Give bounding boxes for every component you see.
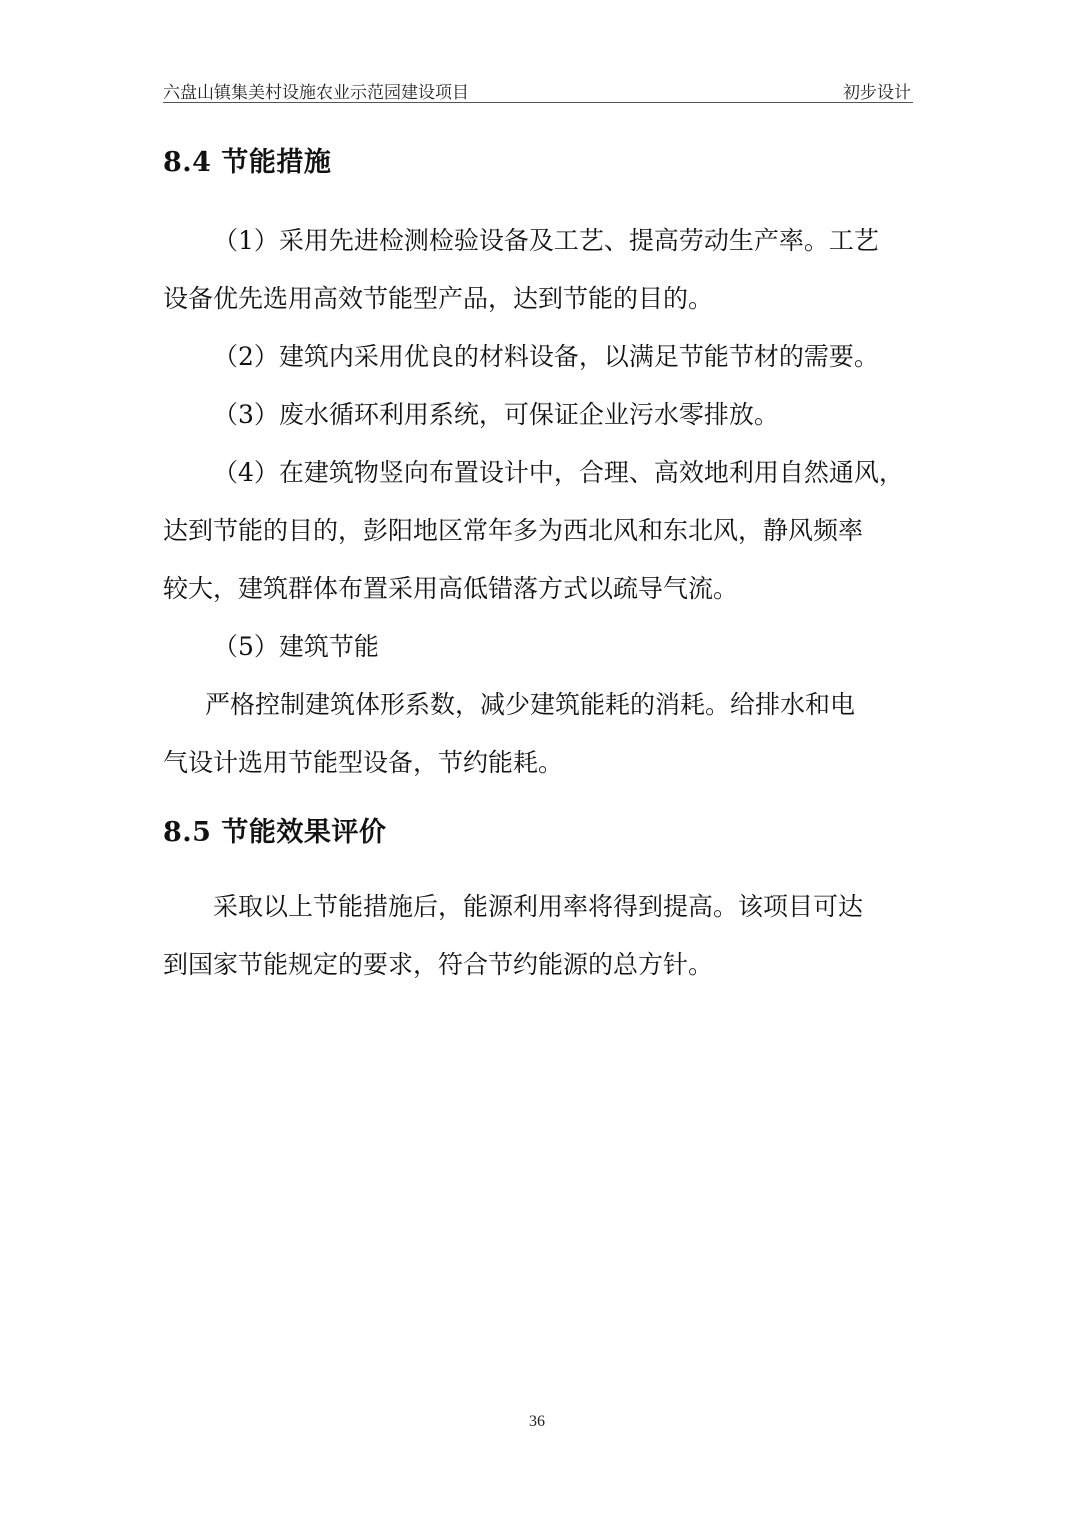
paragraph-line: 到国家节能规定的要求，符合节约能源的总方针。 xyxy=(163,936,913,994)
paragraph-line: （2）建筑内采用优良的材料设备，以满足节能节材的需要。 xyxy=(163,328,913,386)
paragraph-line: （1）采用先进检测检验设备及工艺、提高劳动生产率。工艺 xyxy=(163,212,913,270)
paragraph-line: 较大，建筑群体布置采用高低错落方式以疏导气流。 xyxy=(163,560,913,618)
paragraph-line: 达到节能的目的，彭阳地区常年多为西北风和东北风，静风频率 xyxy=(163,502,913,560)
page-header: 六盘山镇集美村设施农业示范园建设项目 初步设计 xyxy=(163,76,913,103)
paragraph-line: （3）废水循环利用系统，可保证企业污水零排放。 xyxy=(163,386,913,444)
paragraph-line: （5）建筑节能 xyxy=(163,618,913,676)
section-heading-8-5: 8.5 节能效果评价 xyxy=(163,810,386,849)
paragraph-line: 采取以上节能措施后，能源利用率将得到提高。该项目可达 xyxy=(163,878,913,936)
section-8-4-body: （1）采用先进检测检验设备及工艺、提高劳动生产率。工艺 设备优先选用高效节能型产… xyxy=(163,212,913,792)
paragraph-line: 严格控制建筑体形系数，减少建筑能耗的消耗。给排水和电 xyxy=(163,676,913,734)
header-project-title: 六盘山镇集美村设施农业示范园建设项目 xyxy=(163,78,469,103)
paragraph-line: （4）在建筑物竖向布置设计中，合理、高效地利用自然通风， xyxy=(163,444,913,502)
paragraph-line: 设备优先选用高效节能型产品，达到节能的目的。 xyxy=(163,270,913,328)
section-heading-8-4: 8.4 节能措施 xyxy=(163,140,331,179)
paragraph-line: 气设计选用节能型设备，节约能耗。 xyxy=(163,734,913,792)
header-doc-type: 初步设计 xyxy=(843,78,911,103)
page-number: 36 xyxy=(0,1413,1074,1431)
section-8-5-body: 采取以上节能措施后，能源利用率将得到提高。该项目可达 到国家节能规定的要求，符合… xyxy=(163,878,913,994)
